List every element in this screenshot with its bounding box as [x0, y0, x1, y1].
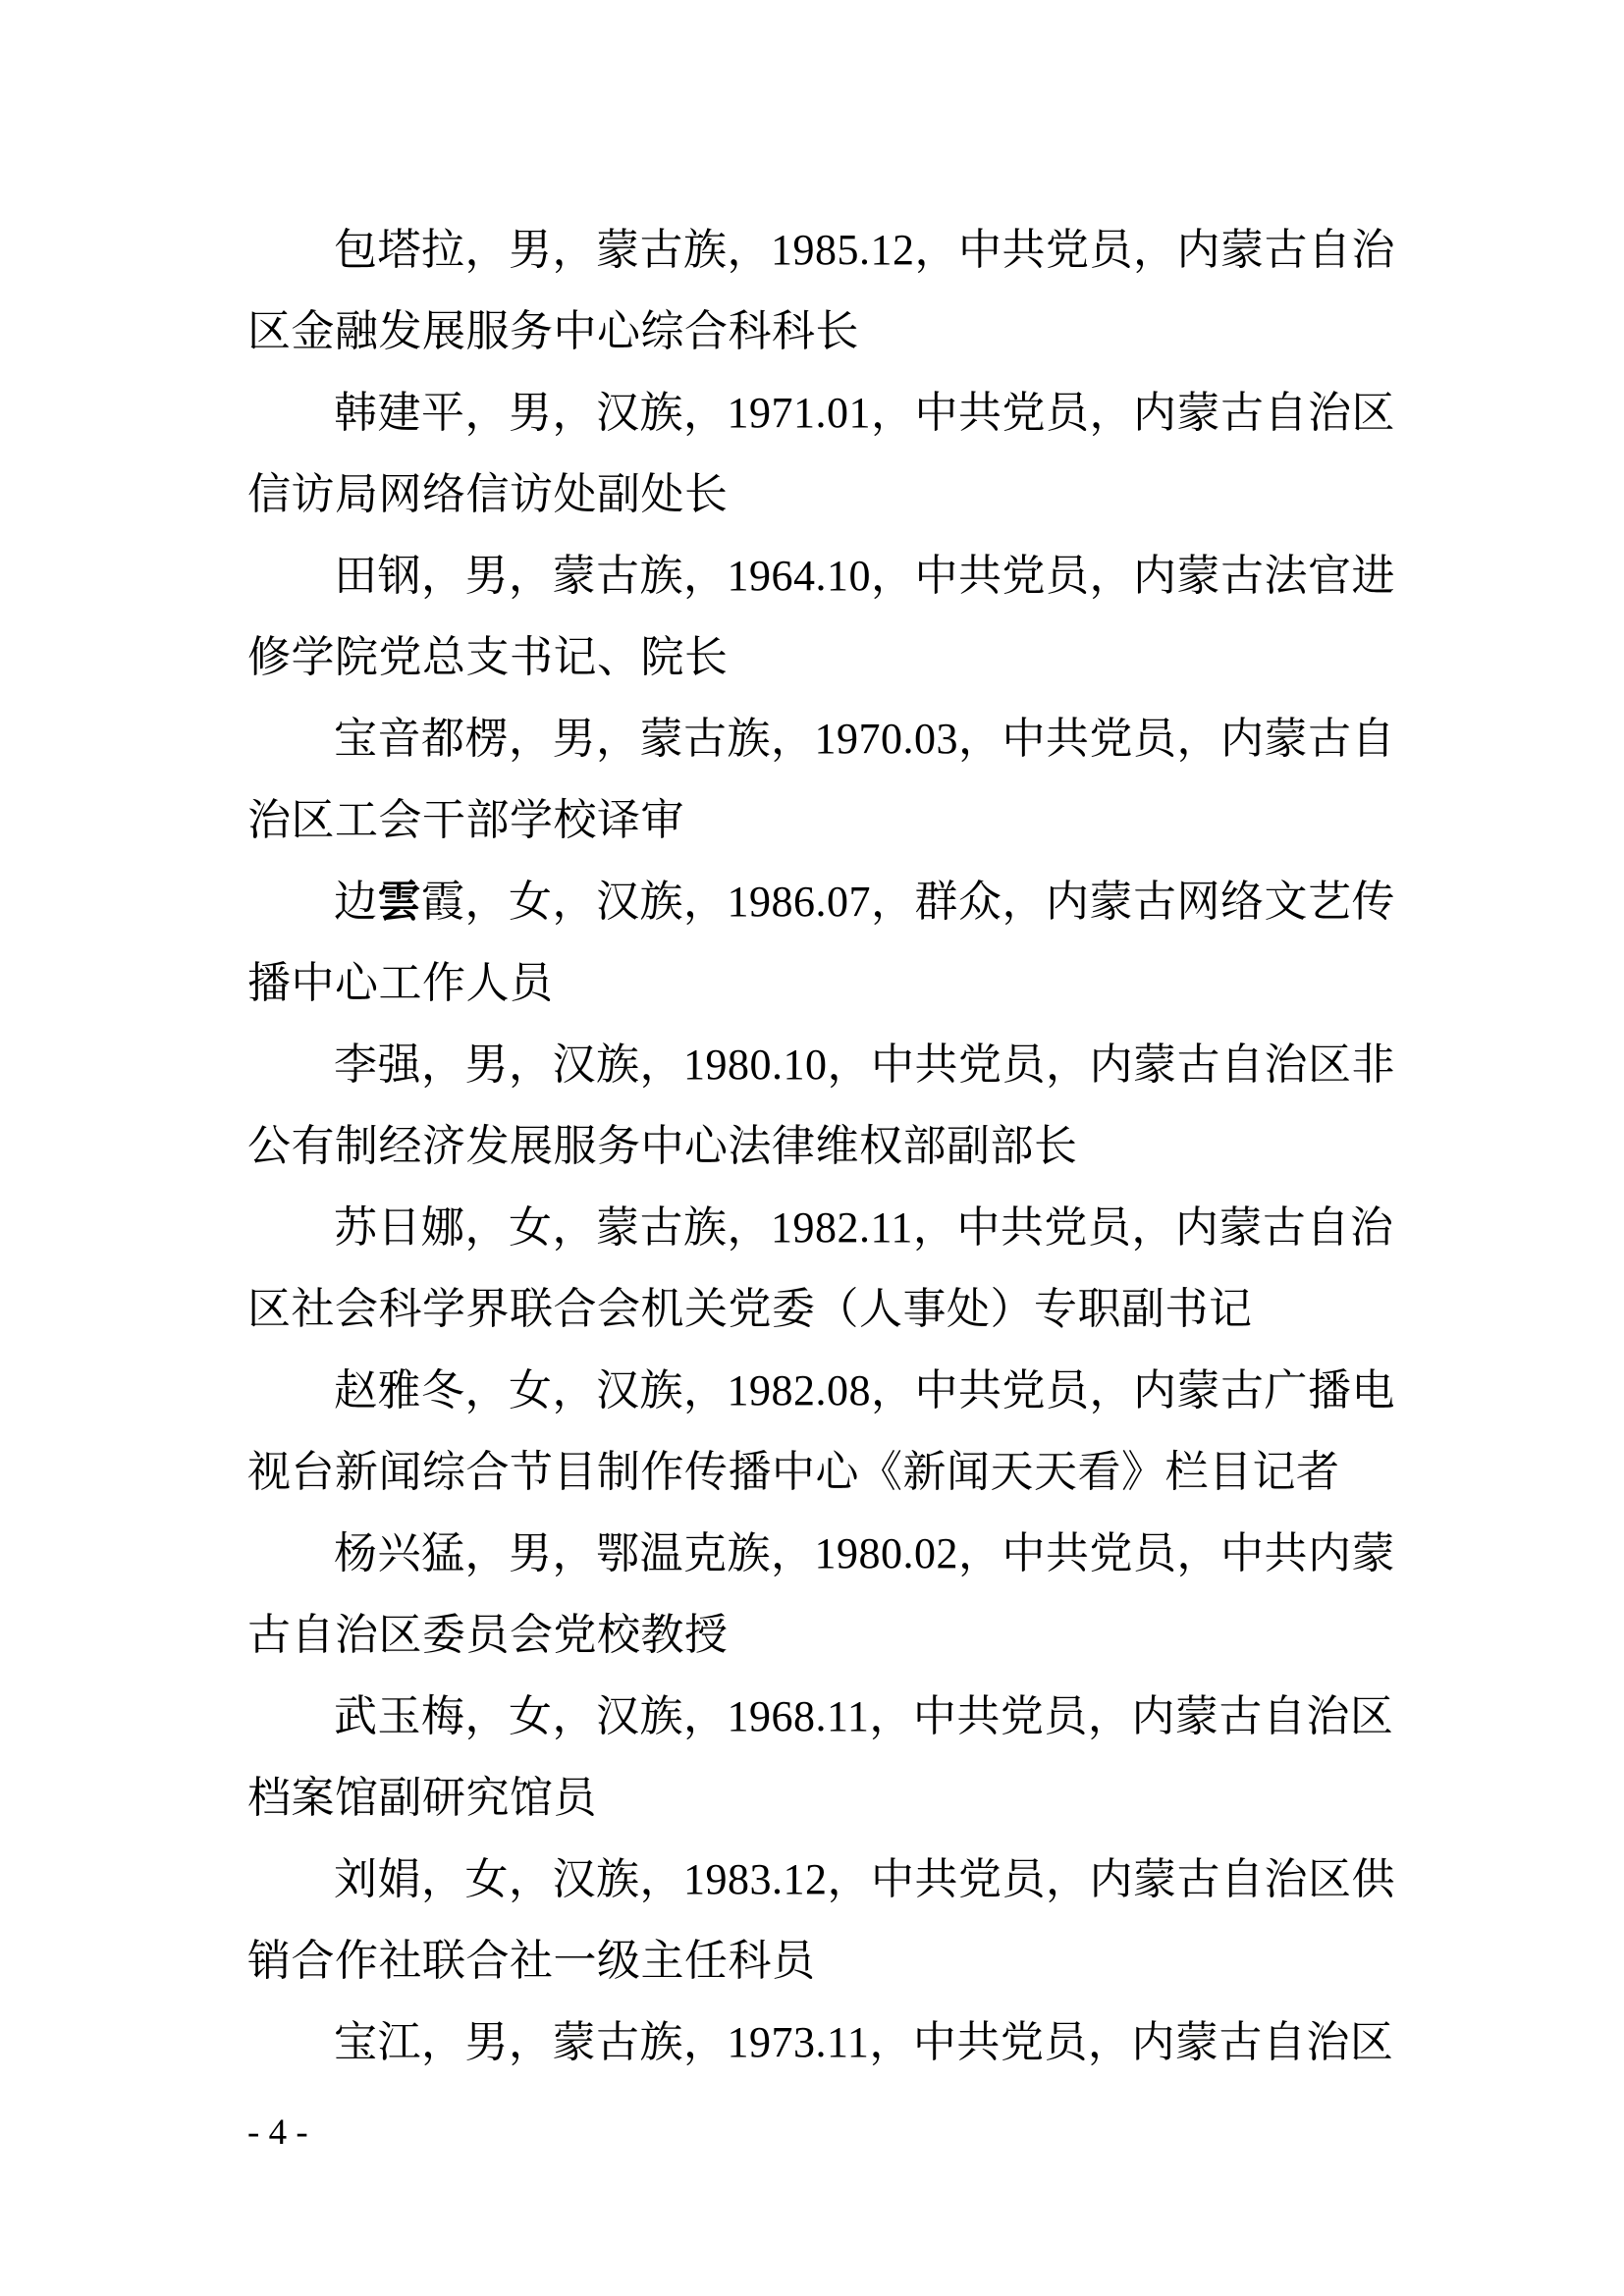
text-line-15: 赵雅冬，女，汉族，1982.08，中共党员，内蒙古广播电	[247, 1350, 1382, 1431]
text-line-22: 销合作社联合社一级主任科员	[247, 1920, 1382, 2002]
text-line-6: 修学院党总支书记、院长	[247, 616, 1382, 698]
text-line-23: 宝江，男，蒙古族，1973.11，中共党员，内蒙古自治区	[247, 2002, 1382, 2083]
text-line-1: 包塔拉，男，蒙古族，1985.12，中共党员，内蒙古自治	[247, 209, 1382, 291]
text-line-9: 边雲霞，女，汉族，1986.07，群众，内蒙古网络文艺传	[247, 861, 1382, 942]
text-line-17: 杨兴猛，男，鄂温克族，1980.02，中共党员，中共内蒙	[247, 1513, 1382, 1594]
text-line-4: 信访局网络信访处副处长	[247, 454, 1382, 535]
text-line-12: 公有制经济发展服务中心法律维权部副部长	[247, 1105, 1382, 1187]
text-line-21: 刘娟，女，汉族，1983.12，中共党员，内蒙古自治区供	[247, 1839, 1382, 1920]
text-line-10: 播中心工作人员	[247, 942, 1382, 1024]
text-line-5: 田钢，男，蒙古族，1964.10，中共党员，内蒙古法官进	[247, 535, 1382, 616]
text-line-16: 视台新闻综合节目制作传播中心《新闻天天看》栏目记者	[247, 1431, 1382, 1513]
text-line-8: 治区工会干部学校译审	[247, 779, 1382, 861]
text-line-11: 李强，男，汉族，1980.10，中共党员，内蒙古自治区非	[247, 1024, 1382, 1105]
document-page: 包塔拉，男，蒙古族，1985.12，中共党员，内蒙古自治 区金融发展服务中心综合…	[0, 0, 1624, 2296]
text-line-9-post: 霞，女，汉族，1986.07，群众，内蒙古网络文艺传	[421, 878, 1395, 926]
text-line-20: 档案馆副研究馆员	[247, 1757, 1382, 1839]
text-line-14: 区社会科学界联合会机关党委（人事处）专职副书记	[247, 1268, 1382, 1350]
text-line-19: 武玉梅，女，汉族，1968.11，中共党员，内蒙古自治区	[247, 1676, 1382, 1757]
text-line-9-pre: 边	[334, 878, 378, 926]
text-line-13: 苏日娜，女，蒙古族，1982.11，中共党员，内蒙古自治	[247, 1187, 1382, 1268]
document-text-block: 包塔拉，男，蒙古族，1985.12，中共党员，内蒙古自治 区金融发展服务中心综合…	[247, 209, 1382, 2083]
bold-character-yun: 雲	[378, 877, 422, 927]
text-line-3: 韩建平，男，汉族，1971.01，中共党员，内蒙古自治区	[247, 372, 1382, 454]
text-line-2: 区金融发展服务中心综合科科长	[247, 291, 1382, 372]
text-line-18: 古自治区委员会党校教授	[247, 1594, 1382, 1676]
text-line-7: 宝音都楞，男，蒙古族，1970.03，中共党员，内蒙古自	[247, 698, 1382, 779]
page-number: - 4 -	[247, 2110, 308, 2156]
